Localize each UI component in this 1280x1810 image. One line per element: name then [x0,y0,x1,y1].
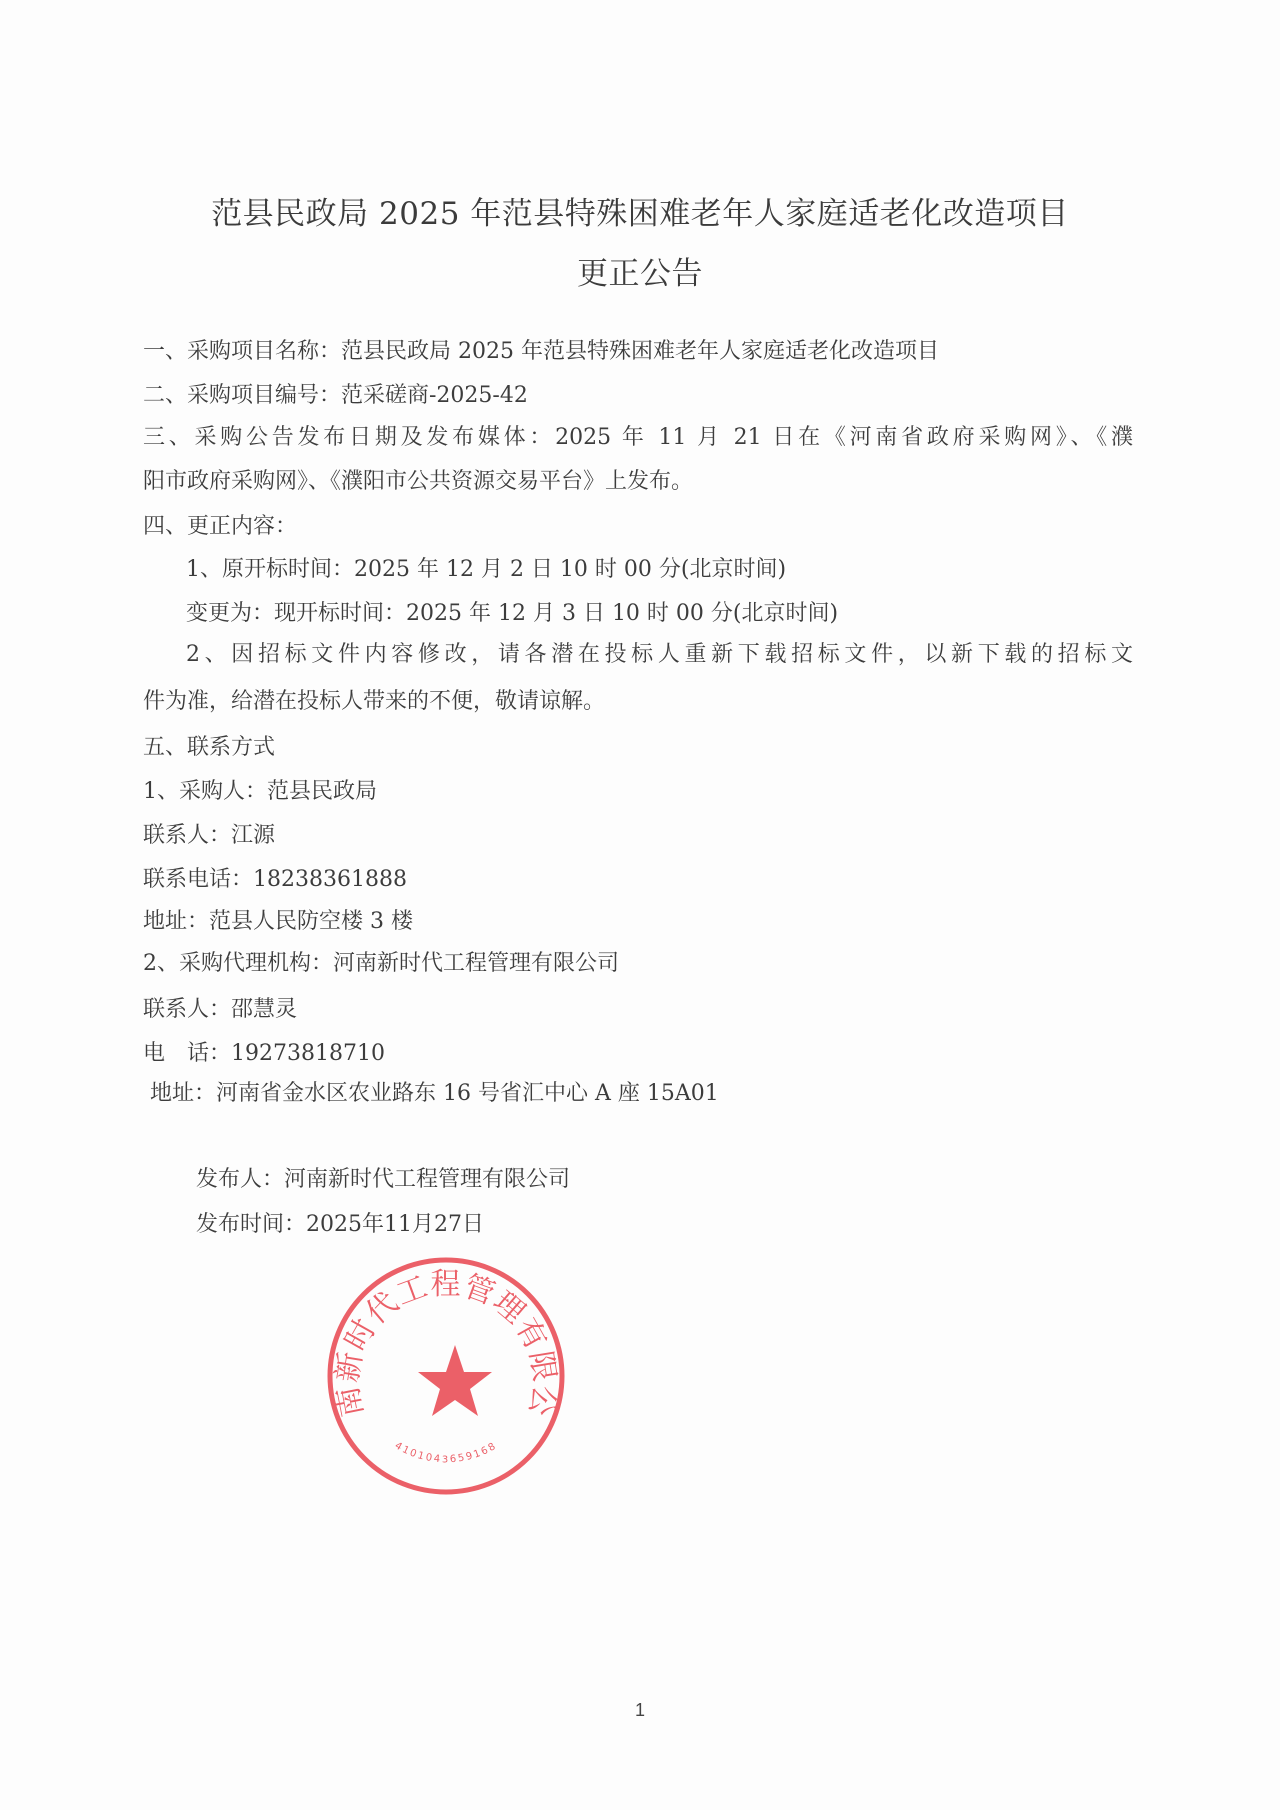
page-number: 1 [0,1700,1280,1721]
section-project-name: 一、采购项目名称：范县民政局 2025 年范县特殊困难老年人家庭适老化改造项目 [143,337,939,367]
section-correction-heading: 四、更正内容： [143,512,297,542]
correction-item2-line2: 件为准，给潜在投标人带来的不便，敬请谅解。 [143,687,605,717]
purchaser-label: 1、采购人：范县民政局 [143,777,377,807]
text-layer: 范县民政局 2025 年范县特殊困难老年人家庭适老化改造项目 更正公告 一、采购… [0,0,1280,1810]
purchaser-contact: 联系人：江源 [143,821,275,851]
section-contact-heading: 五、联系方式 [143,733,275,763]
correction-item2-line1: 2、因招标文件内容修改，请各潜在投标人重新下载招标文件，以新下载的招标文 [186,640,1133,670]
agency-contact: 联系人：邵慧灵 [143,995,297,1025]
agency-phone: 电 话：19273818710 [143,1039,385,1069]
agency-address: 地址：河南省金水区农业路东 16 号省汇中心 A 座 15A01 [150,1079,719,1109]
document-title: 范县民政局 2025 年范县特殊困难老年人家庭适老化改造项目 [0,188,1280,233]
publish-time: 发布时间：2025年11月27日 [196,1207,484,1238]
purchaser-address: 地址：范县人民防空楼 3 楼 [143,907,413,937]
section-publish-media-line1: 三、采购公告发布日期及发布媒体：2025 年 11 月 21 日在《河南省政府采… [143,423,1133,453]
correction-new-time: 变更为：现开标时间：2025 年 12 月 3 日 10 时 00 分(北京时间… [186,599,838,629]
correction-original-time: 1、原开标时间：2025 年 12 月 2 日 10 时 00 分(北京时间) [186,555,786,585]
document-subtitle: 更正公告 [0,248,1280,293]
purchaser-phone: 联系电话：18238361888 [143,865,407,895]
publisher: 发布人：河南新时代工程管理有限公司 [196,1162,570,1193]
document-page: 范县民政局 2025 年范县特殊困难老年人家庭适老化改造项目 更正公告 一、采购… [0,0,1280,1810]
agency-label: 2、采购代理机构：河南新时代工程管理有限公司 [143,949,619,979]
section-publish-media-line2: 阳市政府采购网》、《濮阳市公共资源交易平台》上发布。 [143,467,693,497]
section-project-number: 二、采购项目编号：范采磋商-2025-42 [143,381,528,411]
